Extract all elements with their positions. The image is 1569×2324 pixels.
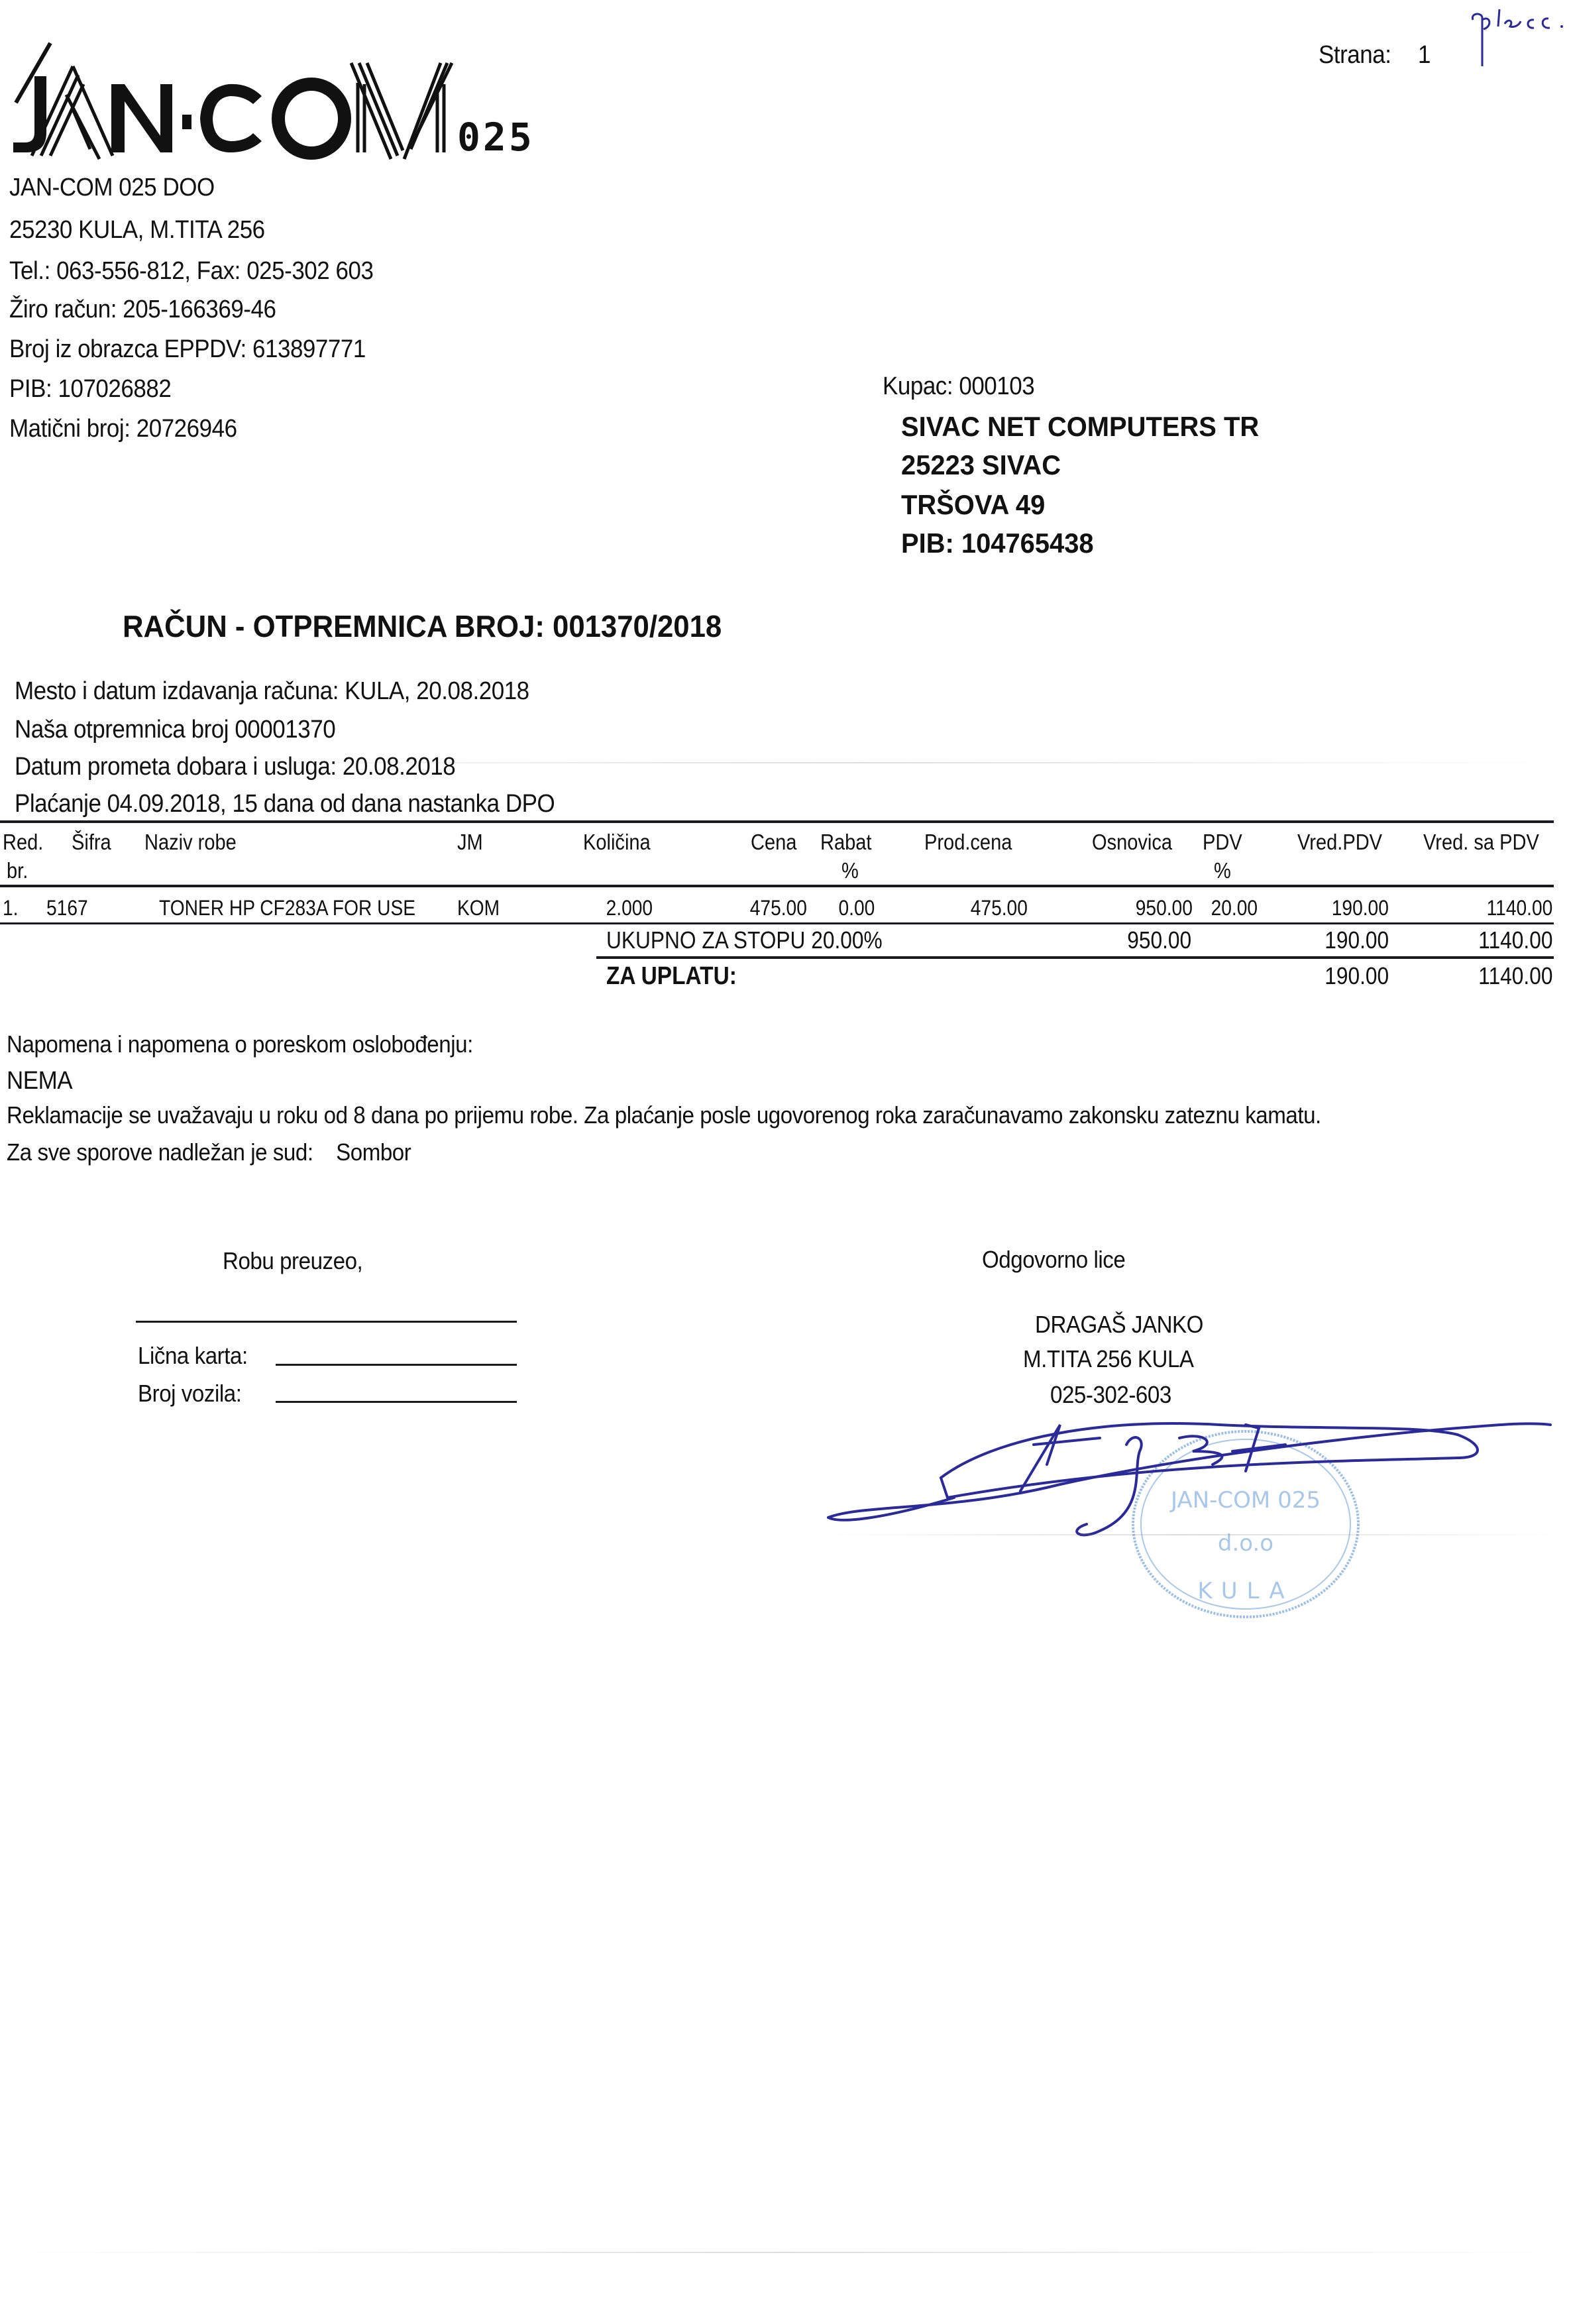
issue-place-date: Mesto i datum izdavanja računa: KULA, 20… bbox=[15, 677, 529, 706]
header-osnovica: Osnovica bbox=[1092, 830, 1172, 855]
logo-suffix: 025 bbox=[457, 115, 535, 160]
responsible-heading: Odgovorno lice bbox=[982, 1246, 1125, 1274]
header-jm: JM bbox=[457, 830, 483, 855]
signature bbox=[822, 1398, 1557, 1551]
cell-osnovica: 950.00 bbox=[1136, 896, 1193, 920]
page-number: 1 bbox=[1418, 41, 1431, 69]
header-rabat: Rabat bbox=[820, 830, 871, 855]
subtotal-vredsapdv: 1140.00 bbox=[1478, 926, 1552, 954]
row-bottom-rule bbox=[0, 922, 1554, 924]
cell-pdv: 20.00 bbox=[1211, 896, 1258, 920]
handwritten-note bbox=[1468, 0, 1569, 73]
scan-artifact bbox=[822, 1534, 1564, 1535]
vehicle-number-label: Broj vozila: bbox=[138, 1380, 241, 1408]
vehicle-number-field[interactable] bbox=[276, 1401, 517, 1403]
complaint-terms: Reklamacije se uvažavaju u roku od 8 dan… bbox=[7, 1101, 1321, 1129]
seller-registration-number: Matični broj: 20726946 bbox=[9, 415, 237, 443]
seller-address: 25230 KULA, M.TITA 256 bbox=[9, 216, 265, 245]
total-vredpdv: 190.00 bbox=[1325, 962, 1389, 990]
company-logo: 025 bbox=[7, 36, 669, 162]
total-vredsapdv: 1140.00 bbox=[1478, 962, 1552, 990]
id-card-field[interactable] bbox=[276, 1364, 517, 1366]
scan-artifact bbox=[166, 762, 1557, 763]
buyer-street: TRŠOVA 49 bbox=[901, 489, 1045, 521]
seller-name: JAN-COM 025 DOO bbox=[9, 174, 215, 202]
court-jurisdiction: Za sve sporove nadležan je sud: Sombor bbox=[7, 1138, 411, 1166]
seller-phone: Tel.: 063-556-812, Fax: 025-302 603 bbox=[9, 257, 373, 286]
buyer-name: SIVAC NET COMPUTERS TR bbox=[901, 411, 1259, 443]
table-top-rule bbox=[0, 820, 1554, 823]
subtotal-vredpdv: 190.00 bbox=[1325, 926, 1389, 954]
header-prodcena: Prod.cena bbox=[924, 830, 1012, 855]
cell-jm: KOM bbox=[457, 896, 500, 920]
court-value: Sombor bbox=[336, 1138, 411, 1166]
cell-vredsapdv: 1140.00 bbox=[1486, 896, 1552, 920]
cell-cena: 475.00 bbox=[750, 896, 807, 920]
header-red-br: br. bbox=[7, 858, 28, 883]
id-card-label: Lična karta: bbox=[138, 1342, 248, 1370]
cell-sifra: 5167 bbox=[46, 896, 88, 920]
cell-vredpdv: 190.00 bbox=[1332, 896, 1389, 920]
header-kolicina: Količina bbox=[583, 830, 651, 855]
subtotal-label: UKUPNO ZA STOPU 20.00% bbox=[606, 926, 883, 954]
cell-rabat: 0.00 bbox=[838, 896, 875, 920]
cell-kolicina: 2.000 bbox=[606, 896, 653, 920]
header-pdv: PDV bbox=[1203, 830, 1242, 855]
notes-value: NEMA bbox=[7, 1067, 72, 1095]
header-vredpdv: Vred.PDV bbox=[1297, 830, 1382, 855]
cell-naziv: TONER HP CF283A FOR USE bbox=[159, 896, 415, 920]
header-naziv: Naziv robe bbox=[144, 830, 237, 855]
header-cena: Cena bbox=[751, 830, 796, 855]
header-bottom-rule bbox=[0, 885, 1554, 887]
buyer-city: 25223 SIVAC bbox=[901, 449, 1061, 481]
receiver-signature-line[interactable] bbox=[136, 1321, 517, 1323]
notes-heading: Napomena i napomena o poreskom oslobođen… bbox=[7, 1030, 473, 1058]
page-label: Strana: 1 bbox=[1319, 41, 1431, 70]
cell-red: 1. bbox=[3, 896, 18, 920]
responsible-address: M.TITA 256 KULA bbox=[1023, 1345, 1194, 1373]
buyer-code: Kupac: 000103 bbox=[883, 372, 1034, 401]
header-sifra: Šifra bbox=[72, 830, 111, 855]
receiver-heading: Robu preuzeo, bbox=[223, 1247, 362, 1275]
payment-terms: Plaćanje 04.09.2018, 15 dana od dana nas… bbox=[15, 790, 555, 818]
header-pdv-pct: % bbox=[1214, 858, 1231, 883]
seller-bank-account: Žiro račun: 205-166369-46 bbox=[9, 296, 276, 324]
header-red: Red. bbox=[3, 830, 43, 855]
total-label: ZA UPLATU: bbox=[606, 962, 737, 991]
supply-date: Datum prometa dobara i usluga: 20.08.201… bbox=[15, 753, 455, 781]
page-label-text: Strana: bbox=[1319, 41, 1391, 69]
document-title: RAČUN - OTPREMNICA BROJ: 001370/2018 bbox=[123, 608, 722, 644]
delivery-note-number: Naša otpremnica broj 00001370 bbox=[15, 716, 335, 744]
responsible-name: DRAGAŠ JANKO bbox=[1035, 1311, 1203, 1339]
scan-artifact bbox=[0, 2252, 1569, 2253]
subtotal-osnovica: 950.00 bbox=[1127, 926, 1191, 954]
seller-eppdv: Broj iz obrazca EPPDV: 613897771 bbox=[9, 335, 366, 364]
header-vredsapdv: Vred. sa PDV bbox=[1423, 830, 1539, 855]
seller-pib: PIB: 107026882 bbox=[9, 375, 171, 404]
subtotal-bottom-rule bbox=[596, 956, 1554, 959]
header-rabat-pct: % bbox=[841, 858, 859, 883]
cell-prodcena: 475.00 bbox=[971, 896, 1028, 920]
court-label: Za sve sporove nadležan je sud: bbox=[7, 1138, 313, 1166]
buyer-pib: PIB: 104765438 bbox=[901, 527, 1094, 559]
svg-text:KULA: KULA bbox=[1197, 1578, 1293, 1604]
